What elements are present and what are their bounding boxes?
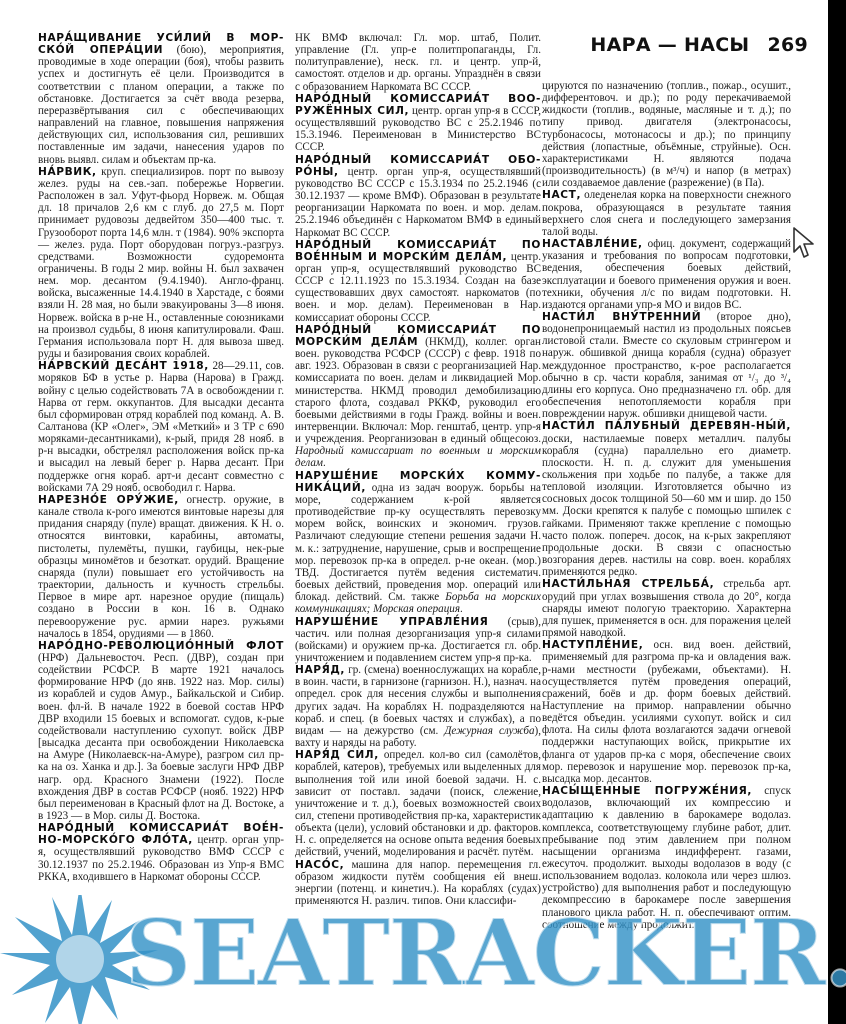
running-head-title: НАРА — НАСЫ	[590, 34, 749, 56]
scan-right-edge	[828, 0, 846, 1024]
column-3: цируются по назначению (топлив., пожар.,…	[542, 80, 791, 931]
dictionary-entry: НАРО́ДНЫЙ КОМИССАРИА́Т ПО МОРСКИ́М ДЕЛА́…	[295, 324, 541, 470]
dictionary-entry: НАСО́С, машина для напор. перемещения гл…	[295, 859, 541, 908]
entry-text: (второе дно), водонепроницаемый настил и…	[542, 311, 791, 420]
dictionary-entry: НАСТИ́Л ПА́ЛУБНЫЙ ДЕРЕВЯН-НЫ́Й, доски, н…	[542, 420, 791, 578]
dictionary-entry: НАРО́ДНЫЙ КОМИССАРИА́Т ВОЕ́Н-НО-МОРСКО́Г…	[38, 822, 284, 883]
entry-headword: НАСТАВЛЕ́НИЕ,	[542, 238, 643, 250]
entry-text: (НРФ) Дальневосточ. Респ. (ДВР), создан …	[38, 652, 284, 822]
entry-headword: НА́РВСКИЙ ДЕСА́НТ 1918,	[38, 360, 209, 372]
entry-text: цируются по назначению (топлив., пожар.,…	[542, 80, 791, 189]
entry-headword: НАСТУПЛЕ́НИЕ,	[542, 639, 643, 651]
running-head: НАРА — НАСЫ269	[590, 34, 808, 56]
entry-headword: НАРО́ДНЫЙ КОМИССАРИА́Т ПО ВОЕ́ННЫМ И МОР…	[295, 239, 541, 263]
dictionary-entry: цируются по назначению (топлив., пожар.,…	[542, 80, 791, 189]
dictionary-entry: НАРЯ́Д, гр. (смена) военнослужащих на ко…	[295, 664, 541, 749]
entry-text: круп. специализиров. порт по вывозу желе…	[38, 166, 284, 360]
dictionary-entry: НАСТИ́ЛЬНАЯ СТРЕЛЬБА́, стрельба арт. ору…	[542, 578, 791, 639]
dictionary-entry: НАСТ, оледенелая корка на поверхности сн…	[542, 189, 791, 238]
entry-headword: НАСТ,	[542, 189, 581, 201]
entry-headword: НАСТИ́ЛЬНАЯ СТРЕЛЬБА́,	[542, 578, 714, 590]
entry-text-tail: .	[460, 603, 463, 615]
entry-text: доски, настилаемые поверх металлич. палу…	[542, 433, 791, 579]
page-number: 269	[767, 34, 808, 56]
dictionary-entry: НАСЫ́ЩЕННЫЕ ПОГРУЖЕ́НИЯ, спуск водолазов…	[542, 785, 791, 931]
entry-headword: НАРО́ДНО-РЕВОЛЮЦИО́ННЫЙ ФЛОТ	[38, 640, 284, 652]
entry-text: одна из задач вооруж. борьбы на море, со…	[295, 482, 541, 603]
column-2: НК ВМФ включал: Гл. мор. штаб, Полит. уп…	[295, 32, 541, 907]
dictionary-entry: НА́РВИК, круп. специализиров. порт по вы…	[38, 166, 284, 361]
dictionary-entry: НАСТУПЛЕ́НИЕ, осн. вид воен. действий, п…	[542, 639, 791, 785]
dictionary-entry: НАРА́ЩИВАНИЕ УСИ́ЛИЙ В МОР-СКО́Й ОПЕРА́Ц…	[38, 32, 284, 166]
entry-text: спуск водолазов, включающий их компресси…	[542, 785, 791, 931]
column-1: НАРА́ЩИВАНИЕ УСИ́ЛИЙ В МОР-СКО́Й ОПЕРА́Ц…	[38, 32, 284, 883]
entry-headword: НАСТИ́Л ПА́ЛУБНЫЙ ДЕРЕВЯН-НЫ́Й,	[542, 420, 791, 432]
entry-headword: НА́РВИК,	[38, 166, 97, 178]
entry-text: 28—29.11, сов. моряков БФ в устье р. Нар…	[38, 360, 284, 494]
dictionary-entry: НАРО́ДНЫЙ КОМИССАРИА́Т ВОО-РУЖЁННЫХ СИЛ,…	[295, 93, 541, 154]
entry-text: огнестр. оружие, в канале ствола к-рого …	[38, 494, 284, 640]
dictionary-entry: НК ВМФ включал: Гл. мор. штаб, Полит. уп…	[295, 32, 541, 93]
entry-headword: НАСЫ́ЩЕННЫЕ ПОГРУЖЕ́НИЯ,	[542, 785, 752, 797]
entry-headword: НАРУШЕ́НИЕ УПРАВЛЕ́НИЯ	[295, 616, 488, 628]
dictionary-entry: НАРО́ДНЫЙ КОМИССАРИА́Т ПО ВОЕ́ННЫМ И МОР…	[295, 239, 541, 324]
entry-headword: НАРЯ́Д СИЛ,	[295, 749, 379, 761]
entry-text: (бою), мероприятия, проводимые в ходе оп…	[38, 44, 284, 165]
entry-cross-reference: Дежурная служба	[444, 725, 534, 737]
entry-text-tail: .	[323, 457, 326, 469]
encyclopedia-page: НАРА — НАСЫ269 НАРА́ЩИВАНИЕ УСИ́ЛИЙ В МО…	[38, 28, 828, 1024]
entry-cross-reference: Народный комиссариат по военным и морски…	[295, 445, 541, 469]
dictionary-entry: НАРУШЕ́НИЕ УПРАВЛЕ́НИЯ (срыв), частич. и…	[295, 616, 541, 665]
dictionary-entry: НАРУШЕ́НИЕ МОРСКИ́Х КОММУ-НИКА́ЦИЙ, одна…	[295, 470, 541, 616]
dictionary-entry: НАРЯ́Д СИЛ, определ. кол-во сил (самолёт…	[295, 749, 541, 858]
entry-headword: НАРЯ́Д,	[295, 664, 345, 676]
entry-text: осн. вид воен. действий, применяемый для…	[542, 639, 791, 785]
dictionary-entry: НАРО́ДНЫЙ КОМИССАРИА́Т ОБО-РО́НЫ, центр.…	[295, 154, 541, 239]
entry-text: определ. кол-во сил (самолётов, кораблей…	[295, 749, 541, 858]
entry-text: НК ВМФ включал: Гл. мор. штаб, Полит. уп…	[295, 32, 541, 93]
entry-text: (НКМД), коллег. орган воен. руководства …	[295, 336, 541, 445]
entry-headword: НАСТИ́Л ВНУ́ТРЕННИЙ	[542, 311, 701, 323]
dictionary-entry: НА́РВСКИЙ ДЕСА́НТ 1918, 28—29.11, сов. м…	[38, 360, 284, 494]
entry-headword: НАРЕЗНО́Е ОРУ́ЖИЕ,	[38, 494, 179, 506]
dictionary-entry: НАСТИ́Л ВНУ́ТРЕННИЙ (второе дно), водоне…	[542, 311, 791, 420]
dictionary-entry: НАСТАВЛЕ́НИЕ, офиц. документ, содержащий…	[542, 238, 791, 311]
entry-headword: НАСО́С,	[295, 859, 344, 871]
mouse-pointer-icon	[792, 226, 816, 260]
dictionary-entry: НАРЕЗНО́Е ОРУ́ЖИЕ, огнестр. оружие, в ка…	[38, 494, 284, 640]
dictionary-entry: НАРО́ДНО-РЕВОЛЮЦИО́ННЫЙ ФЛОТ (НРФ) Дальн…	[38, 640, 284, 822]
